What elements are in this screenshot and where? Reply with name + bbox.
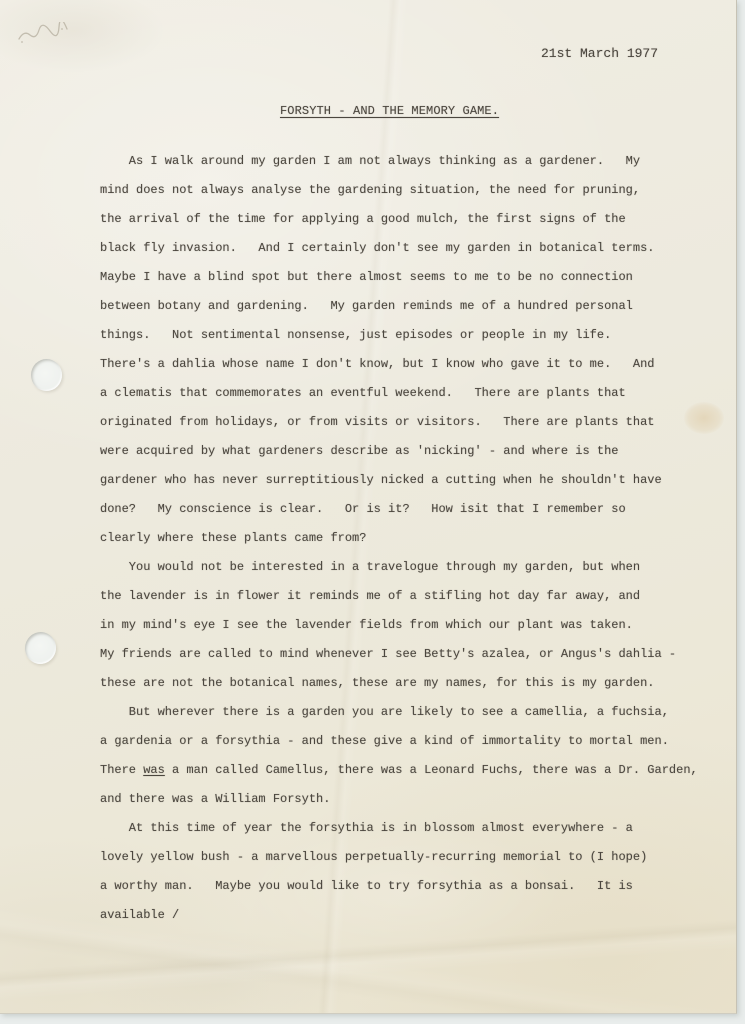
paper-sheet: 21st March 1977 FORSYTH - AND THE MEMORY… [0, 0, 737, 1014]
text-line: You would not be interested in a travelo… [100, 553, 698, 582]
text-line: There was a man called Camellus, there w… [100, 756, 698, 785]
underlined-word: was [143, 763, 165, 777]
text-line: a clematis that commemorates an eventful… [100, 379, 698, 408]
text-line: clearly where these plants came from? [100, 524, 698, 553]
text-line: originated from holidays, or from visits… [100, 408, 698, 437]
text-segment: There [100, 763, 143, 777]
document-title-text: FORSYTH - AND THE MEMORY GAME. [280, 104, 499, 118]
text-line: and there was a William Forsyth. [100, 785, 698, 814]
text-line: done? My conscience is clear. Or is it? … [100, 495, 698, 524]
text-line: But wherever there is a garden you are l… [100, 698, 698, 727]
text-line: As I walk around my garden I am not alwa… [100, 147, 698, 176]
text-line: a worthy man. Maybe you would like to tr… [100, 872, 698, 901]
text-line: the arrival of the time for applying a g… [100, 205, 698, 234]
text-line: available / [100, 901, 698, 930]
text-line: At this time of year the forsythia is in… [100, 814, 698, 843]
text-segment: a man called Camellus, there was a Leona… [165, 763, 698, 777]
text-line: My friends are called to mind whenever I… [100, 640, 698, 669]
text-line: the lavender is in flower it reminds me … [100, 582, 698, 611]
pencil-scribble [16, 22, 78, 51]
text-line: lovely yellow bush - a marvellous perpet… [100, 843, 698, 872]
date: 21st March 1977 [541, 46, 658, 61]
scanned-page-background: { "colors": { "paper": "#edeade", "ink":… [0, 0, 745, 1024]
document-body: As I walk around my garden I am not alwa… [100, 147, 698, 930]
hole-punch-bottom [22, 629, 60, 668]
text-line: black fly invasion. And I certainly don'… [100, 234, 698, 263]
hole-punch-top [31, 359, 62, 391]
text-line: were acquired by what gardeners describe… [100, 437, 698, 466]
text-line: these are not the botanical names, these… [100, 669, 698, 698]
document-title: FORSYTH - AND THE MEMORY GAME. [280, 104, 499, 118]
text-line: a gardenia or a forsythia - and these gi… [100, 727, 698, 756]
text-line: mind does not always analyse the gardeni… [100, 176, 698, 205]
text-line: between botany and gardening. My garden … [100, 292, 698, 321]
text-line: things. Not sentimental nonsense, just e… [100, 321, 698, 350]
text-line: in my mind's eye I see the lavender fiel… [100, 611, 698, 640]
text-line: There's a dahlia whose name I don't know… [100, 350, 698, 379]
text-line: Maybe I have a blind spot but there almo… [100, 263, 698, 292]
text-line: gardener who has never surreptitiously n… [100, 466, 698, 495]
